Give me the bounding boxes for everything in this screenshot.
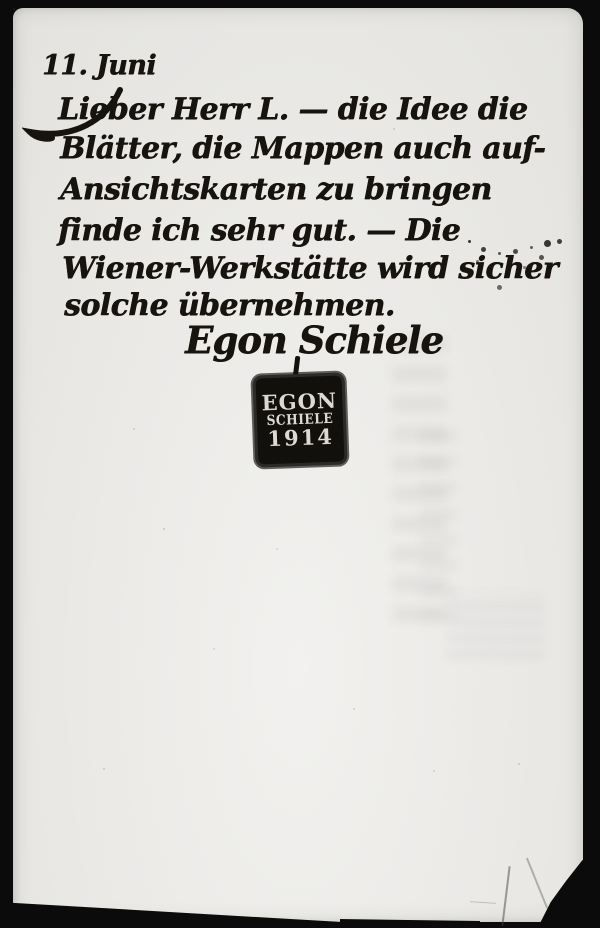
letter-line: Lieber Herr L. — die Idee die (58, 92, 527, 127)
stamp-name-bottom: SCHIELE (266, 412, 333, 429)
signature: Egon Schiele (185, 318, 443, 362)
letter-line: Ansichtskarten zu bringen (60, 172, 492, 207)
paper-speckles (13, 8, 15, 10)
letter-line: Blätter, die Mappen auch auf- (60, 131, 545, 166)
date-line: 11. Juni (42, 50, 156, 81)
letter-line: Wiener-Werkstätte wird sicher (62, 251, 558, 286)
letter-line: finde ich sehr gut. — Die (58, 213, 460, 248)
ink-spatter (468, 240, 471, 243)
stamp-year: 1914 (267, 426, 334, 450)
artist-seal-stamp: EGON SCHIELE 1914 (252, 372, 347, 467)
photo-of-handwritten-postcard: { "photo": { "description": "Black-and-w… (0, 0, 600, 928)
